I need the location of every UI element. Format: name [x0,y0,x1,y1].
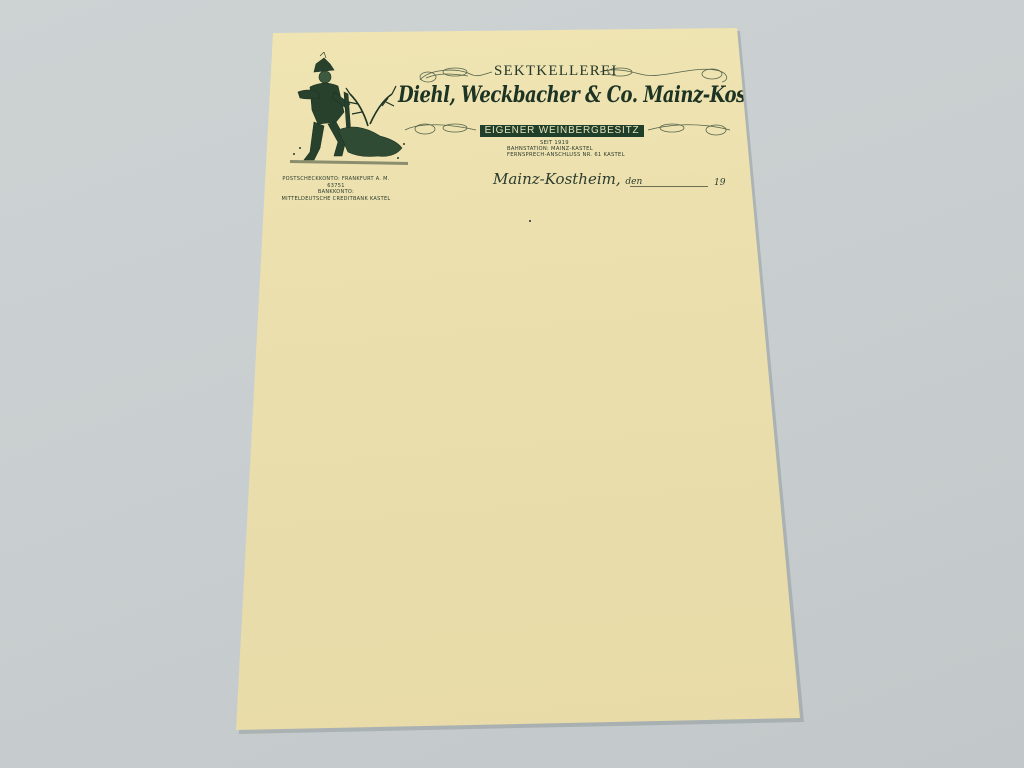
dateline: Mainz-Kostheim, den [493,170,642,188]
bank-info: POSTSCHECKKONTO: FRANKFURT A. M. 63751 B… [276,176,396,202]
hunter-with-stag-icon [288,52,413,174]
vineyard-banner: EIGENER WEINBERGBESITZ [480,125,644,137]
date-fill-line [630,186,708,187]
postal-account: POSTSCHECKKONTO: FRANKFURT A. M. 63751 [276,176,396,189]
paper-speck [529,220,531,222]
letterhead-sheet: POSTSCHECKKONTO: FRANKFURT A. M. 63751 B… [0,0,1024,768]
flourish-ornament-icon [0,0,1024,768]
dateline-place: Mainz-Kostheim, [493,170,621,188]
telephone-info: FERNSPRECH-ANSCHLUSS NR. 61 KASTEL [507,152,625,158]
company-name: Diehl, Weckbacher & Co. Mainz-Kostheim [398,82,802,108]
year-prefix: 19 [714,178,725,188]
overline-heading: SEKTKELLEREI [494,63,618,80]
bank-name: MITTELDEUTSCHE CREDITBANK KASTEL [276,196,396,203]
